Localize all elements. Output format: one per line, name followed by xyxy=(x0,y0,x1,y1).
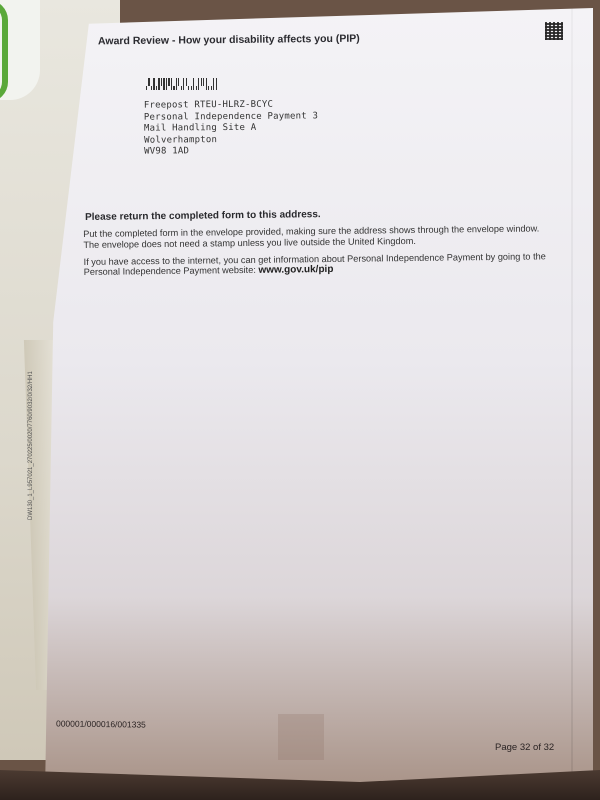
background-green-bag xyxy=(0,0,40,100)
return-address: Freepost RTEU-HLRZ-BCYC Personal Indepen… xyxy=(144,99,319,158)
faint-stamp-mark xyxy=(278,714,324,760)
info-paragraph: If you have access to the internet, you … xyxy=(84,251,554,279)
page-fold xyxy=(571,8,573,793)
page-number: Page 32 of 32 xyxy=(495,742,554,753)
return-instructions-section: Please return the completed form to this… xyxy=(83,206,554,285)
website-link[interactable]: www.gov.uk/pip xyxy=(258,264,333,276)
instructions-paragraph: Put the completed form in the envelope p… xyxy=(83,223,553,250)
datamatrix-code-icon xyxy=(545,22,563,40)
document-page xyxy=(45,8,593,793)
reference-number: 000001/000016/001335 xyxy=(56,718,146,729)
address-line: Personal Independence Payment 3 xyxy=(144,111,318,124)
side-print-code: DW130_1_L957021_270225/0020/7760/9032/0/… xyxy=(28,371,34,520)
address-line: WV98 1AD xyxy=(144,145,318,158)
green-stripe xyxy=(0,0,8,100)
postal-barcode-icon xyxy=(146,78,217,90)
